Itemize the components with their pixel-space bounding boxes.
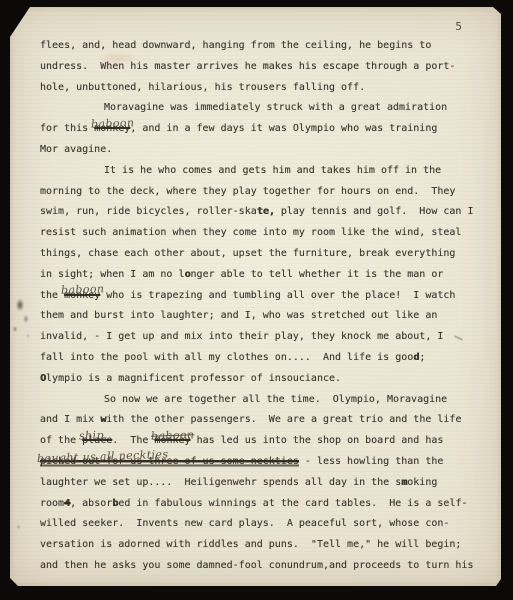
photo-background: { "page": { "number": "5" }, "colors": {… [0, 0, 513, 600]
typescript-line: resist such animation when they come int… [40, 223, 489, 244]
typescript-line: fall into the pool with all my clothes o… [40, 348, 489, 369]
typed-text-segment: swim, run, ride bicycles, roller-ska [40, 206, 257, 217]
typescript-line: invalid, - I get up and mix into their p… [40, 327, 489, 348]
typescript-line: swim, run, ride bicycles, roller-skate, … [40, 202, 489, 223]
typed-text-segment: lympio is a magnificent professor of ins… [46, 373, 341, 384]
handwritten-annotation: ship. [79, 429, 108, 441]
struck-text: monkeybaboon [64, 286, 100, 307]
page-number: 5 [455, 20, 463, 33]
typescript-line: and then he asks you some damned-fool co… [40, 556, 489, 577]
typescript-line: laughter we set up.... Heiligenwehr spen… [40, 473, 489, 494]
handwritten-annotation: baboon [151, 429, 195, 442]
typed-text-segment: Moravagine was immediately struck with a… [104, 102, 447, 113]
struck-text: picked out for us three of us some neckt… [40, 452, 299, 473]
typed-text-segment: - less howling than the [299, 456, 444, 467]
typed-text-segment: for this [40, 123, 94, 134]
typescript-line: the monkeybaboon who is trapezing and tu… [40, 286, 489, 307]
typescript-line: hole, unbuttoned, hilarious, his trouser… [40, 78, 489, 99]
typed-text-segment: ed in fabulous winnings at the card tabl… [118, 498, 467, 509]
typescript-line: room4, absorbed in fabulous winnings at … [40, 494, 489, 515]
typescript-line: versation is adorned with riddles and pu… [40, 535, 489, 556]
typed-text-segment: them and burst into laughter; and I, who… [40, 310, 437, 321]
typed-text-segment: versation is adorned with riddles and pu… [40, 539, 461, 550]
struck-text: monkeybaboon [94, 119, 130, 140]
typed-text-segment: and then he asks you some damned-fool co… [40, 560, 473, 571]
typed-text-segment: has led us into the shop on board and ha… [191, 435, 444, 446]
typed-text-segment: willed seeker. Invents new card plays. A… [40, 518, 449, 529]
typescript-line: them and burst into laughter; and I, who… [40, 306, 489, 327]
typescript-line: things, chase each other about, upset th… [40, 244, 489, 265]
typescript-line: Moravagine was immediately struck with a… [40, 98, 489, 119]
typed-text-segment: of the [40, 435, 82, 446]
manuscript-page: 5 flees, and, head downward, hanging fro… [10, 7, 501, 586]
handwritten-annotation: baboon [91, 117, 135, 130]
typed-text-segment: morning to the deck, where they play tog… [40, 186, 455, 197]
typed-text-segment: things, chase each other about, upset th… [40, 248, 455, 259]
typed-text-segment: invalid, - I get up and mix into their p… [40, 331, 443, 342]
typed-text-segment: , and in a few days it was Olympio who w… [130, 123, 437, 134]
typescript-line: in sight; when I am no longer able to te… [40, 265, 489, 286]
typed-text-segment: in sight; when I am no l [40, 269, 185, 280]
typed-text-segment: play tennis and golf. How can I [275, 206, 474, 217]
typescript-line: Mor avagine. [40, 140, 489, 161]
typed-text-segment: Mor avagine. [40, 144, 112, 155]
paper-stain [88, 49, 148, 67]
typescript-line: willed seeker. Invents new card plays. A… [40, 514, 489, 535]
typed-text-segment: , absor [70, 498, 112, 509]
typed-text-segment: resist such animation when they come int… [40, 227, 461, 238]
typed-text-segment: It is he who comes and gets him and take… [104, 165, 441, 176]
handwritten-annotation: baboon [61, 284, 105, 297]
typed-text-segment: hole, unbuttoned, hilarious, his trouser… [40, 82, 365, 93]
typed-text-segment: nger able to tell whether it is the man … [191, 269, 444, 280]
paper-dot [16, 525, 21, 529]
typed-text-segment: room [40, 498, 64, 509]
handwritten-annotation: bought us all neckties [37, 448, 169, 464]
typed-text-segment: laughter we set up.... Heiligenwehr spen… [40, 477, 401, 488]
typed-text-segment: ; [419, 352, 425, 363]
typescript-line: picked out for us three of us some neckt… [40, 452, 489, 473]
typed-text-segment: ith the other passengers. We are a great… [106, 414, 461, 425]
typed-text-segment: . The [112, 435, 154, 446]
typescript-line: So now we are together all the time. Oly… [40, 390, 489, 411]
typed-text: flees, and, head downward, hanging from … [40, 36, 489, 577]
typed-text-segment: and I mix [40, 414, 100, 425]
typed-text-segment: te, [257, 206, 275, 217]
typed-text-segment: So now we are together all the time. Oly… [104, 394, 447, 405]
typed-text-segment: oking [407, 477, 437, 488]
typed-text-segment: fall into the pool with all my clothes o… [40, 352, 413, 363]
typescript-line: for this monkeybaboon, and in a few days… [40, 119, 489, 140]
typed-text-segment: who is trapezing and tumbling all over t… [100, 290, 455, 301]
typescript-line: It is he who comes and gets him and take… [40, 161, 489, 182]
typed-text-segment: o [185, 269, 191, 280]
typescript-line: Olympio is a magnificent professor of in… [40, 369, 489, 390]
typescript-line: morning to the deck, where they play tog… [40, 182, 489, 203]
ink-smudge [6, 289, 36, 345]
